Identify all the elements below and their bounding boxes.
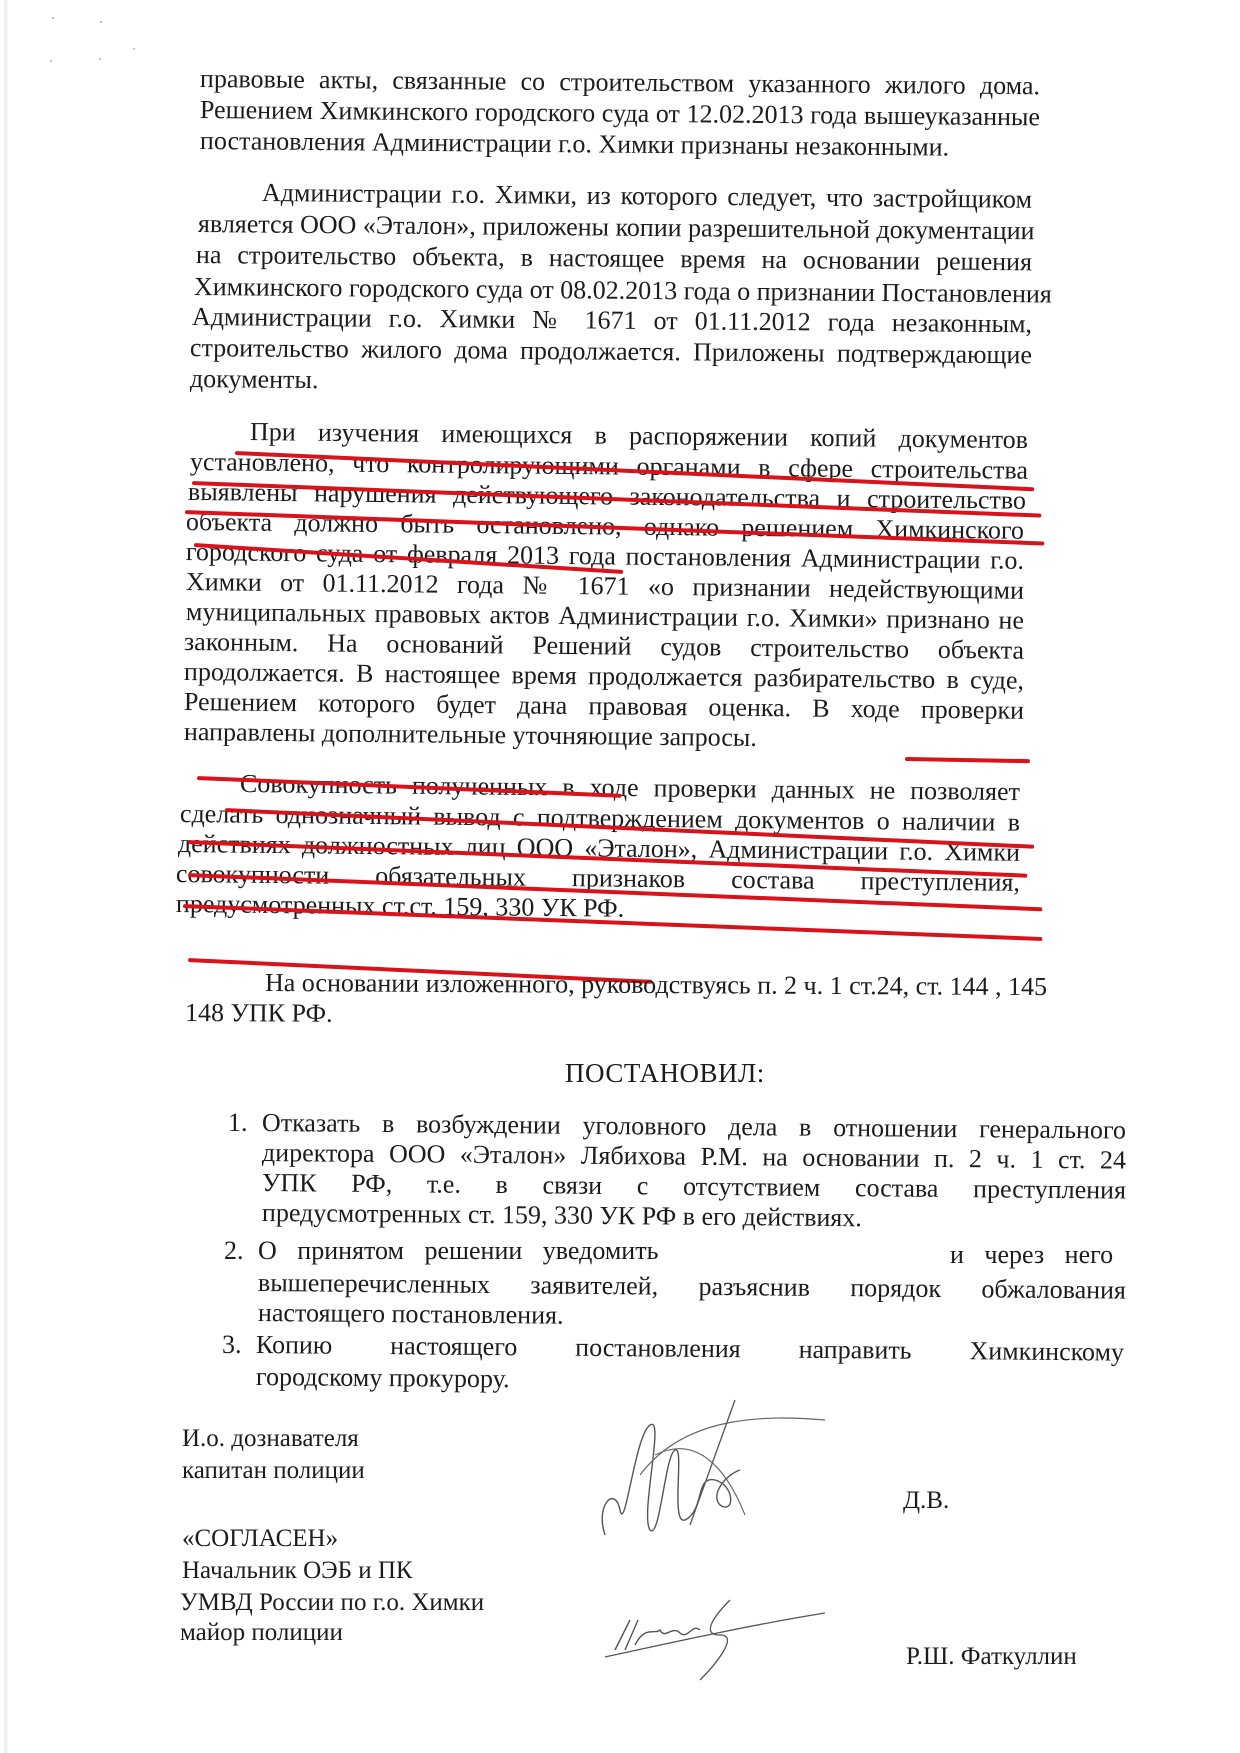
text-line: направлены дополнительные уточняющие зап…: [184, 717, 757, 753]
signer-title: И.о. дознавателя: [182, 1424, 359, 1454]
text-line: предусмотренных ст. 159, 330 УК РФ в его…: [262, 1198, 862, 1233]
signer-name: Д.В.: [903, 1486, 949, 1516]
text-line: на строительство объекта, в настоящее вр…: [196, 240, 1032, 277]
item-number: 3.: [222, 1330, 242, 1360]
item-number: 2.: [224, 1236, 244, 1266]
signer-name: Р.Ш. Фаткуллин: [906, 1642, 1077, 1672]
text-line: О принятом решении уведомить: [258, 1236, 658, 1266]
signer-title: майор полиции: [180, 1618, 343, 1648]
text-line: На основании изложенного, руководствуясь…: [265, 968, 1047, 1002]
scan-speck: [100, 21, 102, 23]
scan-speck: [99, 58, 101, 60]
text-line: документы.: [190, 364, 319, 395]
handwritten-signature-icon: [600, 1595, 840, 1685]
text-line: Копию настоящего постановления направить…: [256, 1330, 1124, 1368]
decision-heading: ПОСТАНОВИЛ:: [565, 1058, 765, 1089]
text-line: и через него: [950, 1240, 1113, 1270]
text-line: городскому прокурору.: [256, 1362, 510, 1394]
text-line: постановления Администрации г.о. Химки п…: [200, 126, 949, 163]
text-line: 148 УПК РФ.: [185, 998, 333, 1029]
scan-page-edge: [4, 0, 8, 1753]
signer-title: капитан полиции: [182, 1456, 365, 1486]
text-line: настоящего постановления.: [258, 1298, 564, 1331]
item-number: 1.: [228, 1108, 248, 1138]
text-line: Администрации г.о. Химки, из которого сл…: [262, 178, 1032, 215]
scan-speck: [133, 48, 135, 50]
red-underline: [905, 757, 1030, 763]
signer-title: Начальник ОЭБ и ПК: [182, 1556, 413, 1586]
scan-speck: [50, 60, 52, 62]
scan-speck: [52, 17, 54, 19]
handwritten-signature-icon: [595, 1395, 855, 1545]
approval-label: «СОГЛАСЕН»: [182, 1524, 338, 1554]
signer-title: УМВД России по г.о. Химки: [180, 1588, 484, 1618]
